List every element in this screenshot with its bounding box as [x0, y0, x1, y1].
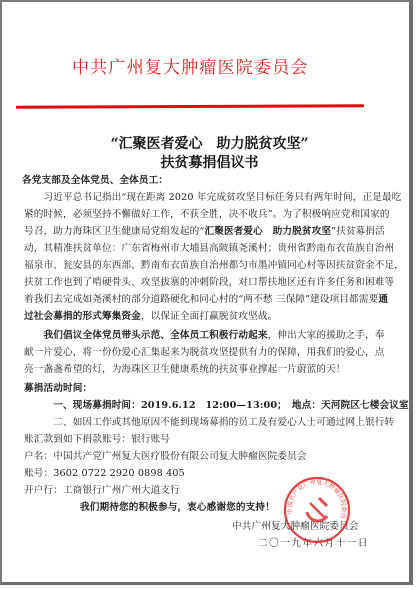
- text-span: ”扶贫募捐活: [331, 226, 385, 237]
- paragraph-line: 习近平总书记指出“现在距离 2020 年完成贫攻坚目标任务只有两年时间，正是最吃: [24, 192, 402, 204]
- value: 工商银行广州广州大道支行: [63, 485, 180, 496]
- label: 开户行：: [24, 485, 63, 496]
- document-page: [0, 0, 413, 585]
- activity-heading: 募捐活动时间：: [24, 383, 92, 395]
- party-seal-icon: 中国共产党广州复大肿瘤医院委员会: [283, 476, 351, 544]
- indent: [24, 330, 44, 341]
- value: 3602 0722 2920 0898 405: [53, 468, 185, 479]
- value: 中国共产党广州复大医疗股份有限公司复大肿瘤医院委员会: [53, 451, 306, 462]
- document-title-slogan: “汇聚医者爱心 助力脱贫攻坚”: [0, 133, 419, 153]
- paragraph-line: 紧的时候，必须坚持不懈做好工作，不获全胜，决不收兵”。为了积极响应党和国家的: [24, 209, 390, 221]
- paragraph-line: 福泉市、瓮安县的东西部、黔南布衣苗族自治州都匀市墨冲镇同心村等因扶贫资金不足，: [24, 260, 404, 272]
- text-span: 着我们去完成如尧溪村的部分道路硬化和同心村的“两不愁 三保障”建设项目都需要: [24, 294, 378, 305]
- document-title: 扶贫募捐倡议书: [0, 152, 419, 172]
- paragraph-line: 号召，助力海珠区卫生健康局党组发起的“汇聚医者爱心 助力脱贫攻坚”扶贫募捐活: [24, 226, 385, 238]
- label: 户名：: [24, 451, 53, 462]
- paragraph-line: 我们倡议全体党员带头示范、全体员工积极行动起来，伸出大家的援助之手，奉: [24, 330, 385, 342]
- text-span-bold: 通: [378, 294, 388, 305]
- bank-account-name: 户名：中国共产党广州复大医疗股份有限公司复大肿瘤医院委员会: [24, 451, 307, 463]
- bank-branch: 开户行：工商银行广州广州大道支行: [24, 485, 180, 497]
- activity-item-online: 二、如因工作或其他原因不能到现场募捐的员工及有爱心人士可通过网上银行转: [24, 417, 394, 429]
- activity-item-online-cont: 账汇款到如下捐款账号：银行账号: [24, 434, 170, 446]
- paragraph-line: 献一片爱心，将一份份爱心汇集起来为脱贫攻坚提供有力的保障，用我们的爱心，点: [24, 347, 385, 359]
- letterhead-org-name: 中共广州复大肿瘤医院委员会: [72, 53, 309, 78]
- salutation: 各党支部及全体党员、全体员工：: [22, 175, 168, 187]
- onsite-time-location: 2019.6.12 12:00—13:00； 地点：天河院区七楼会议室: [141, 400, 409, 411]
- label: 账号：: [24, 468, 53, 479]
- campaign-name: 汇聚医者爱心 助力脱贫攻坚: [204, 226, 331, 237]
- text-span: ，伸出大家的援助之手，奉: [268, 330, 385, 341]
- paragraph-line: 着我们去完成如尧溪村的部分道路硬化和同心村的“两不愁 三保障”建设项目都需要通: [24, 294, 388, 306]
- text-span: ，以保证全面打赢脱贫攻坚战。: [141, 311, 277, 322]
- paragraph-line: 动，其精准扶贫单位：广东省梅州市大埔县高陂镇尧溪村；贵州省黔南布衣苗族自治州: [24, 243, 394, 255]
- svg-text:中国共产党广州复大肿瘤医院委员会: 中国共产党广州复大肿瘤医院委员会: [283, 476, 348, 521]
- bank-account-number: 账号：3602 0722 2920 0898 405: [24, 468, 185, 480]
- activity-item-onsite: 一、现场募捐时间：2019.6.12 12:00—13:00； 地点：天河院区七…: [24, 400, 409, 412]
- paragraph-line: 过社会募捐的形式筹集资金，以保证全面打赢脱贫攻坚战。: [24, 311, 277, 323]
- text-span: 号召，助力海珠区卫生健康局党组发起的“: [24, 226, 204, 237]
- paragraph-line: 扶贫工作也到了啃硬骨头、攻坚拔寨的冲刺阶段，对口帮扶地区还有许多任务和困难等: [24, 277, 394, 289]
- onsite-label: 一、现场募捐时间：: [24, 400, 141, 411]
- closing-remark: 我们期待您的积极参与，衷心感谢您的支持！: [80, 502, 275, 514]
- call-to-action: 我们倡议全体党员带头示范、全体员工积极行动起来: [44, 330, 268, 341]
- text-span-bold: 过社会募捐的形式筹集资金: [24, 311, 141, 322]
- paragraph-line: 亮一盏盏希望的灯，为海珠区卫生健康系统的扶贫事业撑起一片蔚蓝的天！: [24, 364, 346, 376]
